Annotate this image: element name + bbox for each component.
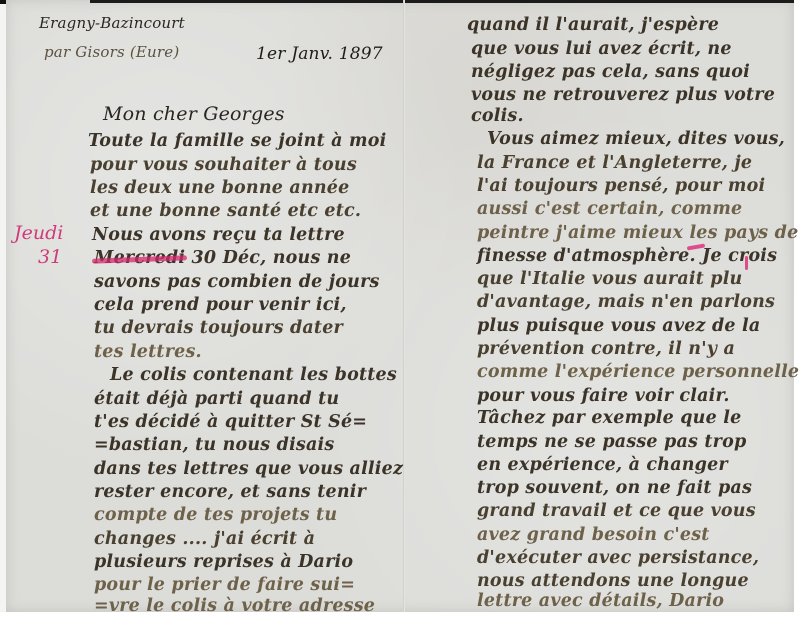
letter-line: pour vous souhaiter à tous	[90, 154, 357, 176]
letter-line: peintre j'aime mieux les pays de	[477, 222, 798, 244]
letter-line: changes .... j'ai écrit à	[94, 528, 315, 550]
letter-line: avez grand besoin c'est	[477, 524, 710, 546]
letter-line: Toute la famille se joint à moi	[88, 130, 386, 152]
letter-line: Le colis contenant les bottes	[110, 364, 397, 386]
letter-line: colis.	[471, 105, 524, 127]
letter-line: les deux une bonne année	[90, 177, 349, 199]
letter-line: tu devrais toujours dater	[94, 317, 343, 339]
letter-line: lettre avec détails, Dario	[477, 590, 724, 612]
letter-line: rester encore, et sans tenir	[94, 481, 366, 503]
letter-line: en expérience, à changer	[477, 454, 728, 476]
margin-note-date: 31	[38, 246, 62, 268]
letter-line-struck: Mercredi 30 Déc, nous ne	[94, 247, 351, 269]
letter-line: pour vous faire voir clair.	[477, 385, 730, 407]
letter-line: t'es décidé à quitter St Sé=	[94, 411, 367, 433]
letter-line: l'ai toujours pensé, pour moi	[477, 175, 765, 197]
pink-pencil-mark	[745, 256, 748, 270]
place-line-1: Eragny-Bazincourt	[39, 14, 185, 32]
letter-date: 1er Janv. 1897	[256, 44, 383, 64]
margin-note-day: Jeudi	[14, 222, 63, 244]
letter-line: pour le prier de faire sui=	[94, 574, 355, 596]
letter-line: comme l'expérience personnelle	[477, 361, 799, 383]
right-page: quand il l'aurait, j'espère que vous lui…	[405, 0, 794, 612]
letter-line: cela prend pour venir ici,	[94, 294, 347, 316]
struck-line-rest: 30 Déc, nous ne	[185, 248, 351, 268]
letter-line: Tâchez par exemple que le	[477, 407, 741, 429]
letter-line: Nous avons reçu ta lettre	[92, 224, 345, 246]
letter-line: et une bonne santé etc etc.	[90, 200, 361, 222]
letter-line: Vous aimez mieux, dites vous,	[487, 128, 785, 150]
letter-line: négligez pas cela, sans quoi	[471, 61, 750, 83]
letter-line: vous ne retrouverez plus votre	[471, 84, 775, 106]
letter-line: d'exécuter avec persistance,	[477, 547, 759, 569]
letter-line: tes lettres.	[94, 341, 202, 363]
letter-line: que l'Italie vous aurait plu	[477, 268, 743, 290]
letter-line: plus puisque vous avez de la	[477, 315, 760, 337]
letter-line: dans tes lettres que vous alliez	[94, 458, 403, 480]
letter-line: d'avantage, mais n'en parlons	[477, 291, 775, 313]
salutation: Mon cher Georges	[103, 103, 285, 125]
letter-scan: Eragny-Bazincourt par Gisors (Eure) 1er …	[0, 0, 800, 625]
letter-line: nous attendons une longue	[477, 570, 749, 592]
letter-line: =bastian, tu nous disais	[94, 434, 334, 456]
letter-line: grand travail et ce que vous	[477, 500, 756, 522]
letter-line: =vre le colis à votre adresse	[94, 595, 375, 617]
letter-line: prévention contre, il n'y a	[477, 338, 735, 360]
letter-line: compte de tes projets tu	[94, 504, 337, 526]
letter-line: savons pas combien de jours	[94, 271, 380, 293]
letter-line: finesse d'atmosphère. Je crois	[477, 245, 777, 267]
letter-line: temps ne se passe pas trop	[477, 431, 746, 453]
letter-line: était déjà parti quand tu	[94, 388, 339, 410]
letter-line: trop souvent, on ne fait pas	[477, 477, 752, 499]
letter-line: aussi c'est certain, comme	[477, 198, 742, 220]
letter-line: que vous lui avez écrit, ne	[471, 38, 732, 60]
left-page: Eragny-Bazincourt par Gisors (Eure) 1er …	[6, 0, 403, 612]
letter-line: la France et l'Angleterre, je	[477, 152, 752, 174]
place-line-2: par Gisors (Eure)	[44, 43, 179, 61]
letter-line: quand il l'aurait, j'espère	[467, 14, 719, 36]
struck-word: Mercredi	[94, 247, 185, 269]
letter-line: plusieurs reprises à Dario	[94, 551, 353, 573]
